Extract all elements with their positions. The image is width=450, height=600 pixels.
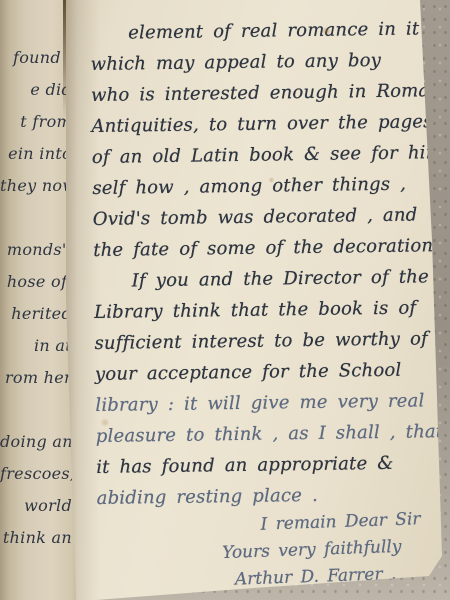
fragment-line: frescoes, (0, 458, 72, 490)
fragment-line: think an (0, 522, 72, 554)
letter-line: self how , among other things , (92, 168, 428, 204)
fragment-line: found ; (0, 42, 72, 74)
letter-line: who is interested enough in Roman (91, 75, 427, 111)
letter-line: Antiquities, to turn over the pages (91, 106, 427, 142)
letter-line: pleasure to think , as I shall , that (96, 416, 432, 452)
letter-line: element of real romance in it ; (90, 13, 426, 49)
letter-line: of an old Latin book & see for him (92, 137, 428, 173)
fragment-line (0, 202, 72, 234)
fragment-line: ein into (0, 138, 72, 170)
fragment-line: rom her (0, 362, 72, 394)
fragment-line: t from (0, 106, 72, 138)
letter-line: it has found an appropriate & (96, 447, 432, 483)
letter-line: If you and the Director of the (93, 261, 429, 297)
photo-of-handwritten-letter: found ;e didt fromein intothey nowmonds'… (0, 0, 450, 600)
fragment-line: hose of. (0, 266, 72, 298)
fragment-line: world (0, 490, 72, 522)
fragment-line: doing and (0, 426, 72, 458)
fragment-line: herited (0, 298, 72, 330)
letter-line: Library think that the book is of (94, 292, 430, 328)
letter-body: element of real romance in it ;which may… (90, 13, 433, 514)
fragment-line (0, 394, 72, 426)
letter-line: which may appeal to any boy (90, 44, 426, 80)
letter-line: your acceptance for the School (95, 354, 431, 390)
letter-line: Ovid's tomb was decorated , and (93, 199, 429, 235)
letter-line: library : it will give me very real (95, 385, 431, 421)
letter-line: the fate of some of the decorations. (93, 230, 429, 266)
fragment-line: they now (0, 170, 72, 202)
fragment-line: monds', (0, 234, 72, 266)
letter-line: sufficient interest to be worthy of (94, 323, 430, 359)
fragment-line: in at (0, 330, 72, 362)
fragment-line: e did (0, 74, 72, 106)
